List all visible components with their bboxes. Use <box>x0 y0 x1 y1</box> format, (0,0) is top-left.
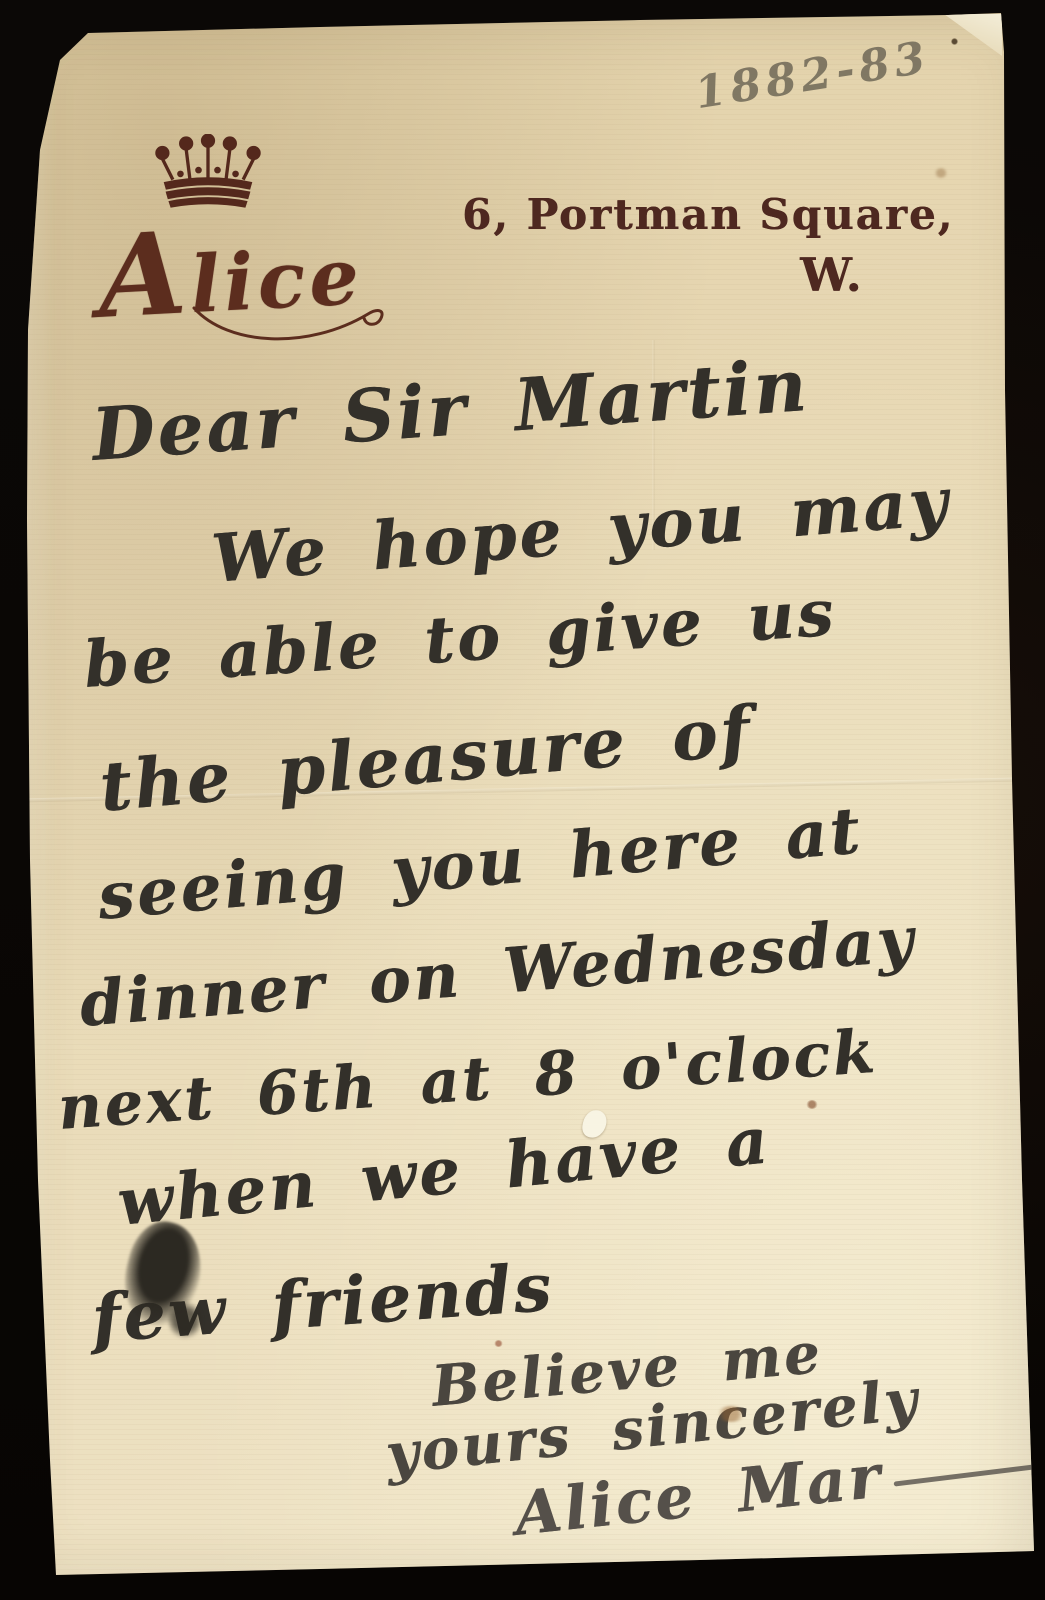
corner-fold <box>944 14 1002 56</box>
monogram-flourish <box>188 300 398 356</box>
letter-line: be able to give us <box>81 576 838 703</box>
stain-spot <box>934 168 948 178</box>
stain-spot <box>494 1340 503 1347</box>
ink-blot-satellite <box>168 1300 202 1340</box>
salutation-line: Dear Sir Martin <box>89 342 812 477</box>
scanned-letter: 1882-83 Alice <box>0 0 1045 1600</box>
letter-paper: 1882-83 Alice <box>0 0 1045 1600</box>
letterhead-address-line2: W. <box>800 248 863 302</box>
stain-spot <box>951 38 958 45</box>
stain-spot <box>806 1100 818 1109</box>
archival-date-note: 1882-83 <box>691 32 933 119</box>
coronet-icon <box>150 134 266 210</box>
letter-line: the pleasure of <box>97 691 756 828</box>
letter-line: We hope you may <box>209 462 953 598</box>
letterhead-address-line1: 6, Portman Square, <box>462 190 954 239</box>
